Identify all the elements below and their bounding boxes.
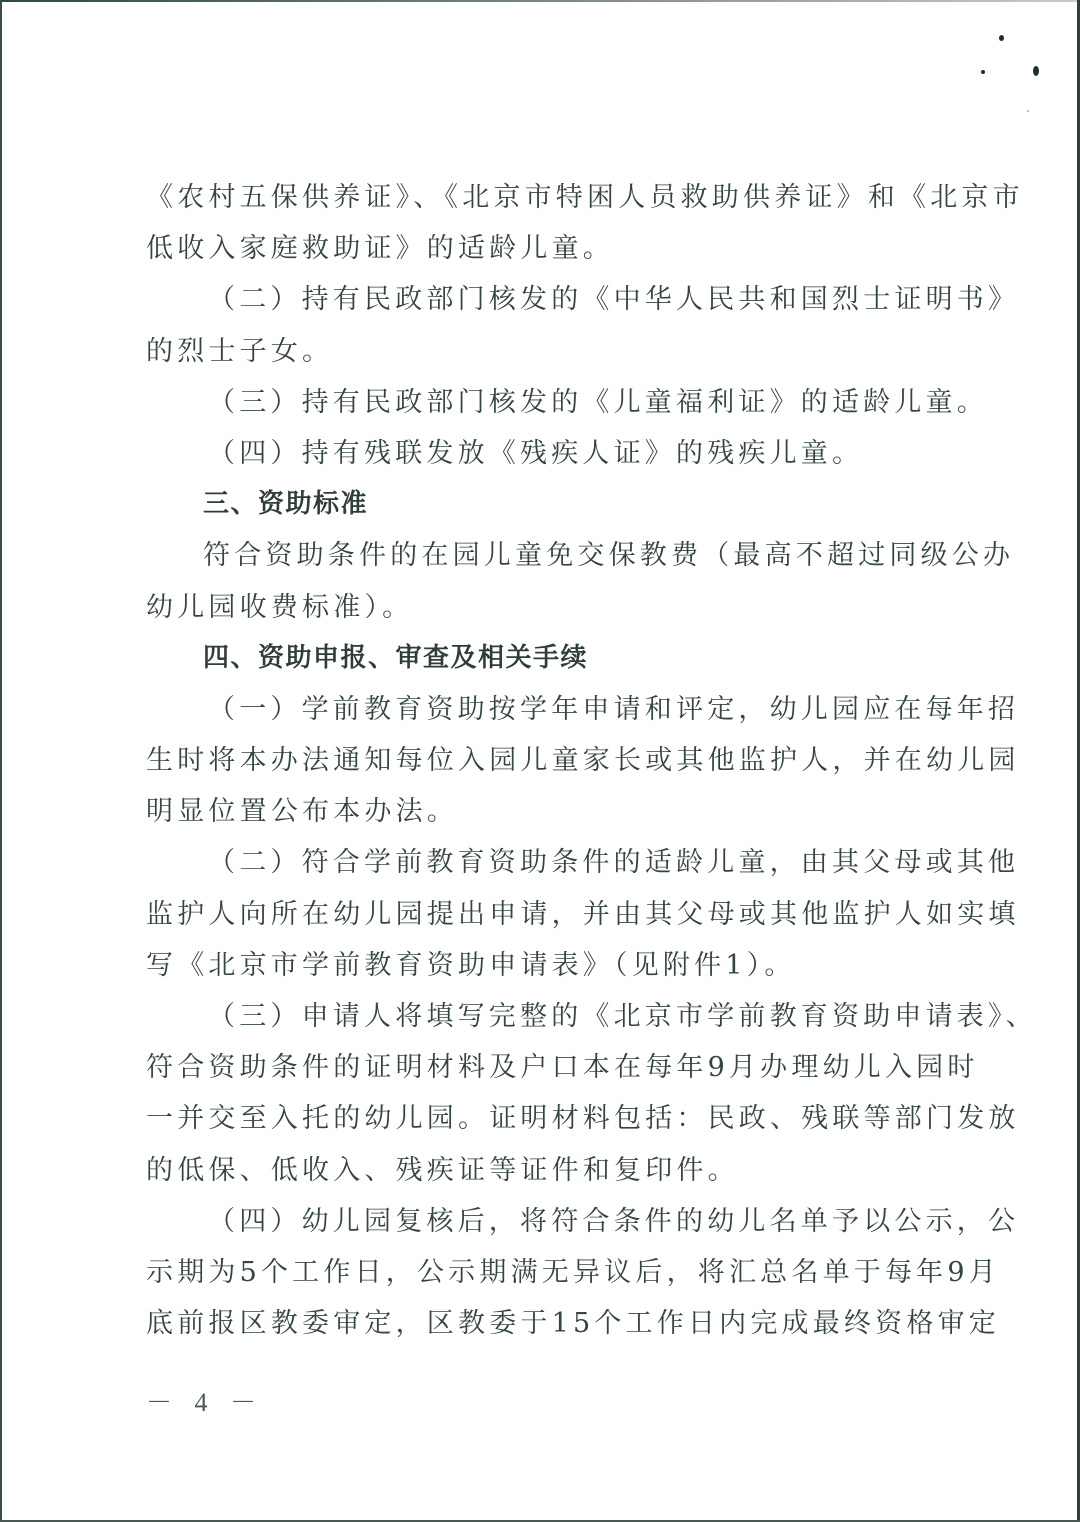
scan-speck	[1033, 66, 1039, 76]
text-line: 低收入家庭救助证》的适龄儿童。	[146, 223, 946, 274]
text-line: （一）学前教育资助按学年申请和评定，幼儿园应在每年招	[146, 684, 946, 735]
scan-edge-left	[0, 0, 2, 1522]
scan-speck	[981, 70, 985, 74]
text-line: （三）持有民政部门核发的《儿童福利证》的适龄儿童。	[146, 377, 946, 428]
text-line: （三）申请人将填写完整的《北京市学前教育资助申请表》、	[146, 991, 946, 1042]
document-page: 《农村五保供养证》、《北京市特困人员救助供养证》和《北京市 低收入家庭救助证》的…	[146, 172, 946, 1349]
text-line: 幼儿园收费标准）。	[146, 582, 946, 633]
text-line: 底前报区教委审定，区教委于15个工作日内完成最终资格审定	[146, 1298, 946, 1349]
text-line: 生时将本办法通知每位入园儿童家长或其他监护人，并在幼儿园	[146, 735, 946, 786]
text-line: （二）符合学前教育资助条件的适龄儿童，由其父母或其他	[146, 837, 946, 888]
scan-edge-top	[0, 0, 1080, 2]
text-line: 一并交至入托的幼儿园。证明材料包括：民政、残联等部门发放	[146, 1093, 946, 1144]
section-heading: 三、资助标准	[146, 479, 946, 530]
text-line: 符合资助条件的证明材料及户口本在每年9月办理幼儿入园时	[146, 1042, 946, 1093]
text-line: 写《北京市学前教育资助申请表》（见附件1）。	[146, 940, 946, 991]
text-line: 监护人向所在幼儿园提出申请，并由其父母或其他监护人如实填	[146, 889, 946, 940]
page-number: － 4 －	[146, 1382, 264, 1419]
text-line: （四）幼儿园复核后，将符合条件的幼儿名单予以公示，公	[146, 1196, 946, 1247]
text-line: （四）持有残联发放《残疾人证》的残疾儿童。	[146, 428, 946, 479]
text-line: 符合资助条件的在园儿童免交保教费（最高不超过同级公办	[146, 530, 946, 581]
text-line: 的低保、低收入、残疾证等证件和复印件。	[146, 1145, 946, 1196]
section-heading: 四、资助申报、审查及相关手续	[146, 633, 946, 684]
scan-speck	[999, 35, 1004, 41]
text-line: （二）持有民政部门核发的《中华人民共和国烈士证明书》	[146, 274, 946, 325]
scan-speck	[1027, 110, 1029, 112]
text-line: 示期为5个工作日，公示期满无异议后，将汇总名单于每年9月	[146, 1247, 946, 1298]
text-line: 《农村五保供养证》、《北京市特困人员救助供养证》和《北京市	[146, 172, 946, 223]
text-line: 明显位置公布本办法。	[146, 786, 946, 837]
text-line: 的烈士子女。	[146, 326, 946, 377]
